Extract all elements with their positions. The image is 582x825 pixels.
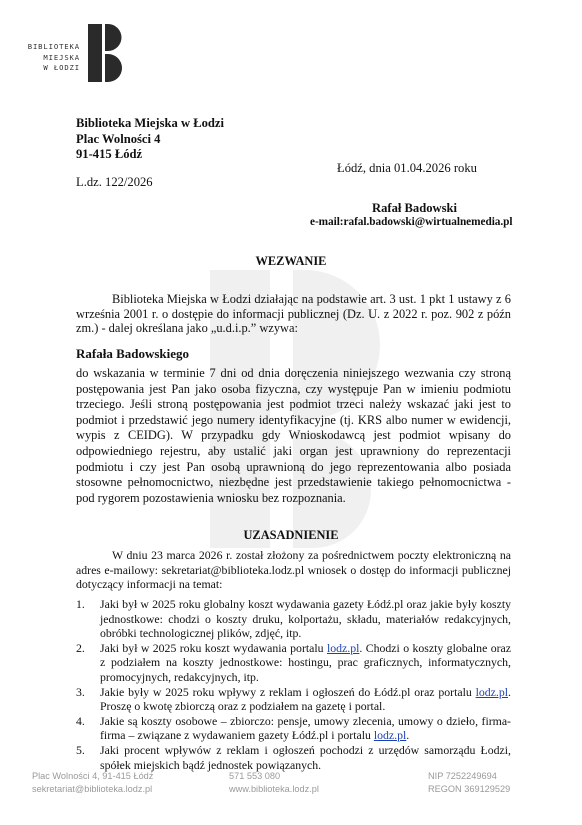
recipient-email: e-mail:rafal.badowski@wirtualnemedia.pl [310,216,513,228]
summons-title: WEZWANIE [0,254,582,269]
lodz-pl-link[interactable]: lodz.pl [327,641,359,655]
list-text: . [406,728,409,742]
list-number: 2. [76,641,85,656]
sender-city: 91-415 Łódź [76,147,224,163]
recipient-name: Rafał Badowski [372,201,457,216]
list-item: 3. Jakie były w 2025 roku wpływy z rekla… [76,685,511,714]
sender-street: Plac Wolności 4 [76,132,224,148]
reference-number: L.dz. 122/2026 [76,175,153,190]
footer-registry: NIP 7252249694 REGON 369129529 [428,770,510,796]
footer-address: Plac Wolności 4, 91-415 Łódź sekretariat… [32,770,153,796]
list-text: Jaki procent wpływów z reklam i ogłoszeń… [100,743,511,772]
sender-name: Biblioteka Miejska w Łodzi [76,116,224,132]
list-item: 4. Jakie są koszty osobowe – zbiorczo: p… [76,714,511,743]
list-number: 4. [76,714,85,729]
list-text: Jaki był w 2025 roku globalny koszt wyda… [100,597,511,640]
list-text: Jaki był w 2025 roku koszt wydawania por… [100,641,327,655]
list-item: 2. Jaki był w 2025 roku koszt wydawania … [76,641,511,685]
logo-line: MIEJSKA [28,53,80,64]
list-text: Jakie były w 2025 roku wpływy z reklam i… [100,685,476,699]
summons-intro: Biblioteka Miejska w Łodzi działając na … [76,292,511,336]
lodz-pl-link[interactable]: lodz.pl [476,685,508,699]
lodz-pl-link[interactable]: lodz.pl [374,728,406,742]
request-list: 1. Jaki był w 2025 roku globalny koszt w… [76,597,511,772]
library-logo: BIBLIOTEKA MIEJSKA W ŁODZI [30,24,130,84]
list-number: 5. [76,743,85,758]
summons-addressee: Rafała Badowskiego [76,346,189,362]
date-line: Łódź, dnia 01.04.2026 roku [337,161,477,176]
justification-title: UZASADNIENIE [0,528,582,543]
sender-block: Biblioteka Miejska w Łodzi Plac Wolności… [76,116,224,163]
justification-intro: W dniu 23 marca 2026 r. został złożony z… [76,548,511,592]
footer-email: sekretariat@biblioteka.lodz.pl [32,783,153,796]
footer-street: Plac Wolności 4, 91-415 Łódź [32,770,153,783]
list-number: 1. [76,597,85,612]
footer-website: www.biblioteka.lodz.pl [229,783,319,796]
logo-wordmark: BIBLIOTEKA MIEJSKA W ŁODZI [28,42,80,74]
summons-body: do wskazania w terminie 7 dni od dnia do… [76,366,511,506]
list-number: 3. [76,685,85,700]
list-text: Jakie są koszty osobowe – zbiorczo: pens… [100,714,511,743]
footer-nip: NIP 7252249694 [428,770,510,783]
logo-line: BIBLIOTEKA [28,42,80,53]
footer-phone: 571 553 080 [229,770,319,783]
list-item: 1. Jaki był w 2025 roku globalny koszt w… [76,597,511,641]
library-b-logo-icon [88,24,124,82]
list-item: 5. Jaki procent wpływów z reklam i ogłos… [76,743,511,772]
logo-line: W ŁODZI [28,63,80,74]
footer-regon: REGON 369129529 [428,783,510,796]
footer-contact: 571 553 080 www.biblioteka.lodz.pl [229,770,319,796]
